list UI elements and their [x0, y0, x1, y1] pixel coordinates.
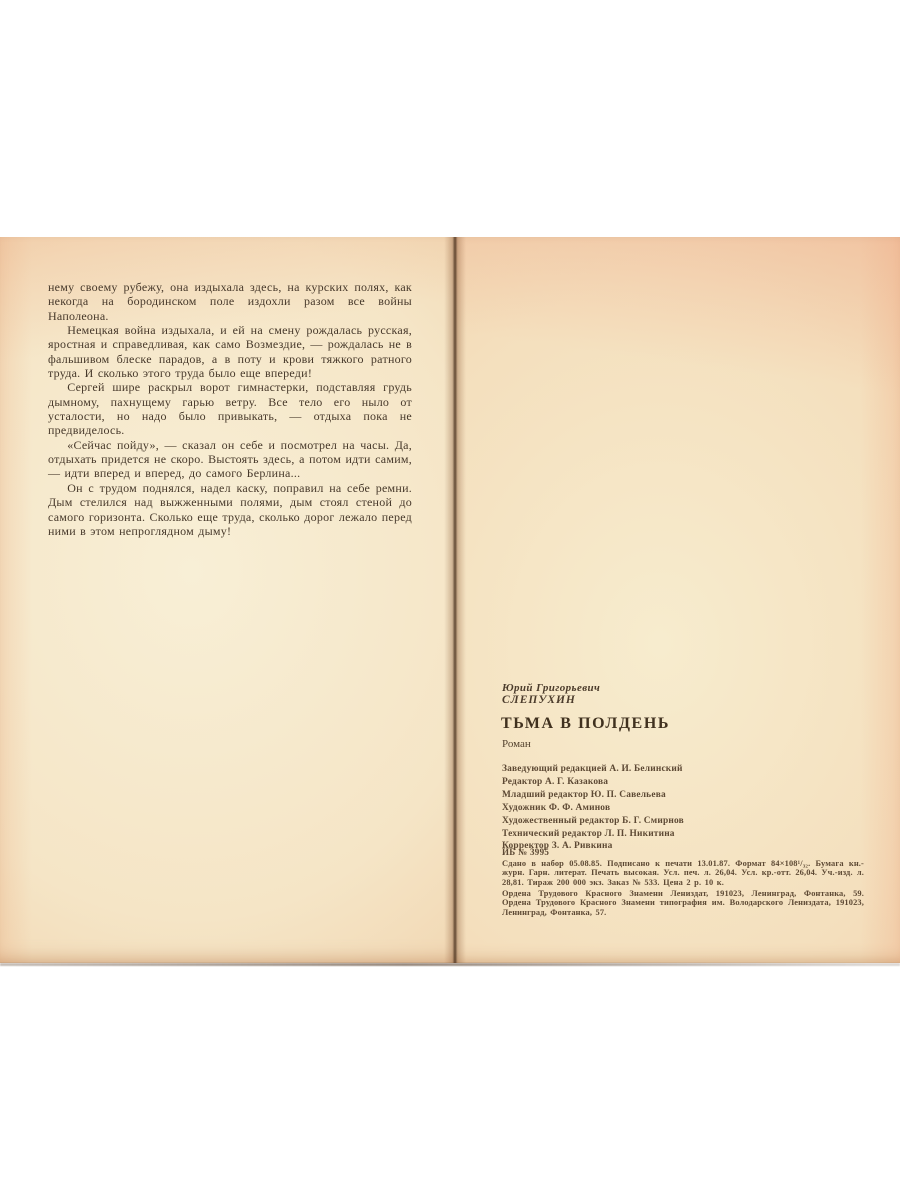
- book-spread: нему своему рубежу, она издыхала здесь, …: [0, 237, 900, 963]
- credit-line: Технический редактор Л. П. Никитина: [502, 828, 684, 841]
- book-subtitle: Роман: [502, 738, 531, 750]
- imprint-details: Сдано в набор 05.08.85. Подписано к печа…: [502, 859, 864, 887]
- novel-text-block: нему своему рубежу, она издыхала здесь, …: [48, 280, 412, 538]
- novel-paragraph: Он с трудом поднялся, надел каску, попра…: [48, 481, 412, 538]
- credit-line: Художник Ф. Ф. Аминов: [502, 802, 684, 815]
- novel-paragraph: Сергей шире раскрыл ворот гимнастерки, п…: [48, 380, 412, 437]
- printer-address: Ордена Трудового Красного Знамени Ленизд…: [502, 889, 864, 917]
- book-title: ТЬМА В ПОЛДЕНЬ: [501, 715, 670, 733]
- book-gutter: [444, 237, 466, 963]
- novel-paragraph: нему своему рубежу, она издыхала здесь, …: [48, 280, 412, 323]
- credits-list: Заведующий редакцией А. И. Белинский Ред…: [502, 763, 684, 853]
- credit-line: Младший редактор Ю. П. Савельева: [502, 789, 684, 802]
- credit-line: Художественный редактор Б. Г. Смирнов: [502, 815, 684, 828]
- novel-paragraph: Немецкая война издыхала, и ей на смену р…: [48, 323, 412, 380]
- photo-background: нему своему рубежу, она издыхала здесь, …: [0, 0, 900, 1200]
- credit-line: Редактор А. Г. Казакова: [502, 776, 684, 789]
- author-surname: СЛЕПУХИН: [502, 694, 576, 706]
- credit-line: Заведующий редакцией А. И. Белинский: [502, 763, 684, 776]
- left-page: нему своему рубежу, она издыхала здесь, …: [0, 237, 455, 963]
- author-first-name: Юрий Григорьевич: [502, 682, 600, 694]
- ib-number: ИБ № 3995: [502, 847, 549, 857]
- novel-paragraph: «Сейчас пойду», — сказал он себе и посмо…: [48, 438, 412, 481]
